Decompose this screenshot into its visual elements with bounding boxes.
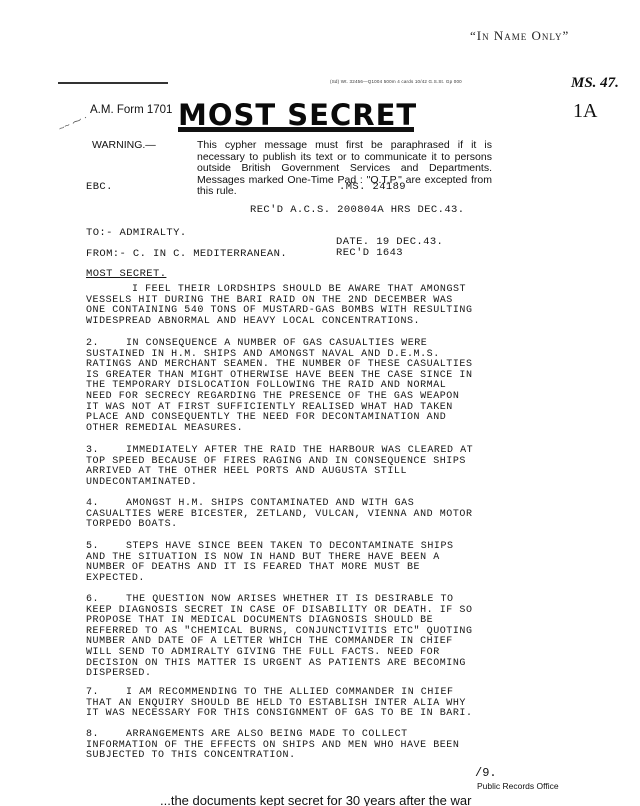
paragraph-6: 6.The question now arises whether it is … (86, 595, 478, 680)
top-rule (58, 82, 168, 84)
paragraph-5: 5.Steps have since been taken to deconta… (86, 542, 478, 584)
ebc-code: EBC. (86, 181, 113, 193)
paragraph-3: 3.Immediately after the raid the harbour… (86, 446, 478, 488)
paragraph-4: 4.Amongst H.M. Ships contaminated and wi… (86, 499, 478, 531)
paragraph-1: I feel their Lordships should be aware t… (86, 285, 478, 327)
form-number: A.M. Form 1701 (90, 104, 172, 116)
handwritten-reference: MS. 47. (571, 75, 619, 92)
warning-label: WARNING.— (92, 140, 197, 152)
in-name-only-stamp: “In Name Only” (470, 28, 569, 44)
continued-marker: /9. (475, 766, 497, 780)
handwritten-sheet-number: 1A (573, 100, 597, 123)
paragraph-text: I am recommending to the Allied Commande… (86, 687, 473, 719)
message-number: .MS. 24189 (339, 181, 406, 193)
scribble-mark: ~~ ⁓ · (57, 112, 89, 135)
paragraph-text: The question now arises whether it is de… (86, 594, 473, 679)
caption: ...the documents kept secret for 30 year… (160, 793, 471, 806)
paragraph-text: Arrangements are also being made to coll… (86, 729, 459, 761)
cypher-warning: WARNING.—This cypher message must first … (92, 140, 492, 198)
received-line: Rec'd A.C.S. 200804A hrs Dec.43. (250, 204, 464, 216)
paragraph-2: 2.In consequence a number of gas casualt… (86, 339, 478, 434)
paragraph-7: 7.I am recommending to the Allied Comman… (86, 688, 478, 720)
classification-line: Most Secret. (86, 268, 166, 280)
printer-imprint: (Sd) Wt. 32456—Q1004 500m 4 cards 10/42 … (330, 79, 462, 84)
from-line: From:- C. in C. Mediterranean. (86, 248, 287, 260)
paragraph-text: In consequence a number of gas casualtie… (86, 338, 473, 434)
title-underline (178, 127, 414, 132)
paragraph-text: I feel their Lordships should be aware t… (86, 284, 473, 327)
paragraph-text: Amongst H.M. Ships contaminated and with… (86, 498, 473, 530)
received-time: Rec'd 1643 (336, 247, 403, 259)
paragraph-text: Steps have since been taken to decontami… (86, 541, 454, 584)
source-credit: Public Records Office (477, 781, 559, 791)
paragraph-8: 8.Arrangements are also being made to co… (86, 730, 478, 762)
to-line: To:- Admiralty. (86, 227, 187, 239)
paragraph-text: Immediately after the raid the harbour w… (86, 445, 473, 488)
